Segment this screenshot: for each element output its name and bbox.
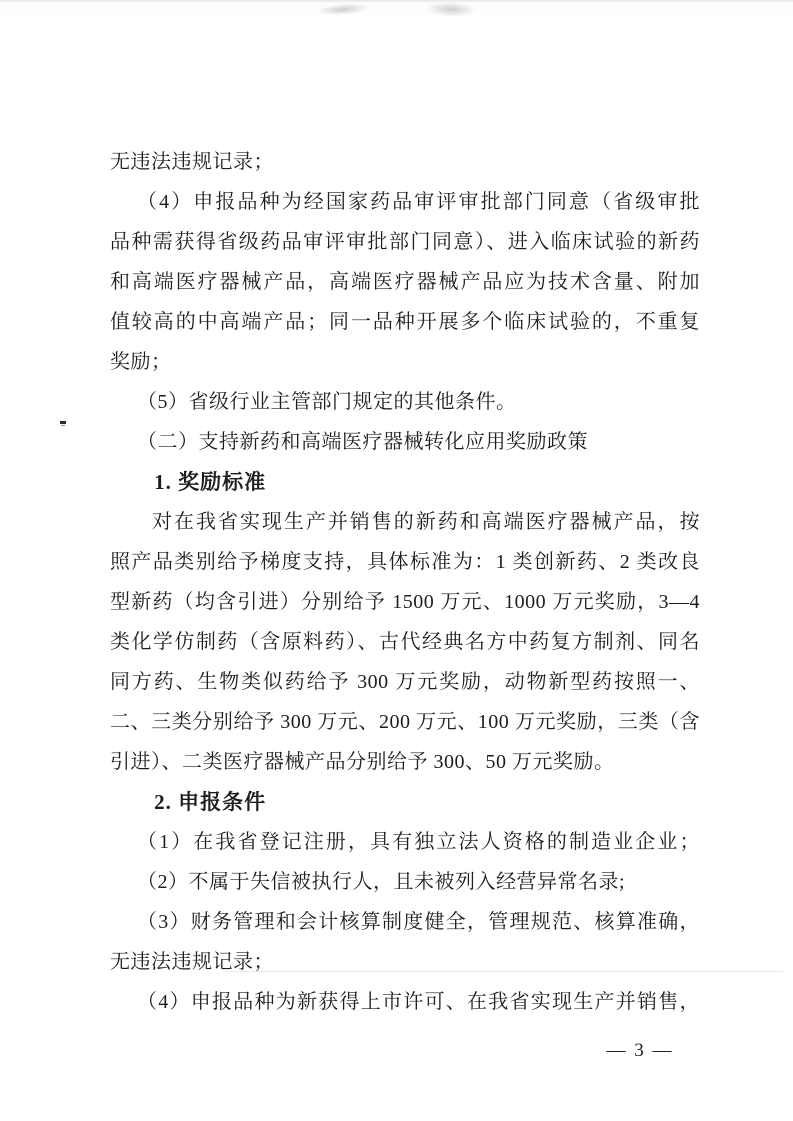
ink-speck-artifact [60, 421, 66, 424]
body-line: 值较高的中高端产品；同一品种开展多个临床试验的，不重复 [110, 302, 700, 342]
scan-smudge-artifact [316, 2, 371, 17]
numbered-heading: 1. 奖励标准 [110, 462, 700, 502]
numbered-heading: 2. 申报条件 [110, 782, 700, 822]
body-line: 型新药（均含引进）分别给予 1500 万元、1000 万元奖励，3—4 [110, 582, 700, 622]
body-line: 同方药、生物类似药给予 300 万元奖励，动物新型药按照一、 [110, 662, 700, 702]
document-page: 无违法违规记录；（4）申报品种为经国家药品审评审批部门同意（省级审批品种需获得省… [0, 0, 793, 1121]
body-line: 引进）、二类医疗器械产品分别给予 300、50 万元奖励。 [110, 742, 700, 782]
body-line: 奖励； [110, 342, 700, 382]
scan-smudge-artifact [426, 1, 477, 19]
body-line: （4）申报品种为经国家药品审评审批部门同意（省级审批 [110, 182, 700, 222]
body-line: （5）省级行业主管部门规定的其他条件。 [110, 382, 700, 422]
body-line: 类化学仿制药（含原料药）、古代经典名方中药复方制剂、同名 [110, 622, 700, 662]
body-line: 和高端医疗器械产品，高端医疗器械产品应为技术含量、附加 [110, 262, 700, 302]
page-number: — 3 — [585, 1036, 695, 1066]
body-line: 对在我省实现生产并销售的新药和高端医疗器械产品，按 [110, 502, 700, 542]
body-line: （2）不属于失信被执行人，且未被列入经营异常名录; [110, 862, 700, 902]
body-line: 无违法违规记录； [110, 142, 700, 182]
body-line: 照产品类别给予梯度支持，具体标准为：1 类创新药、2 类改良 [110, 542, 700, 582]
section-heading: （二）支持新药和高端医疗器械转化应用奖励政策 [110, 422, 700, 462]
body-line: （3）财务管理和会计核算制度健全，管理规范、核算准确， [110, 902, 700, 942]
body-line: 二、三类分别给予 300 万元、200 万元、100 万元奖励，三类（含 [110, 702, 700, 742]
body-line: （4）申报品种为新获得上市许可、在我省实现生产并销售， [110, 982, 700, 1022]
body-line: 品种需获得省级药品审评审批部门同意）、进入临床试验的新药 [110, 222, 700, 262]
body-line: 无违法违规记录； [110, 942, 700, 982]
body-line: （1）在我省登记注册，具有独立法人资格的制造业企业； [110, 822, 700, 862]
scan-top-edge-artifact [0, 0, 793, 2]
document-body: 无违法违规记录；（4）申报品种为经国家药品审评审批部门同意（省级审批品种需获得省… [110, 142, 700, 1022]
